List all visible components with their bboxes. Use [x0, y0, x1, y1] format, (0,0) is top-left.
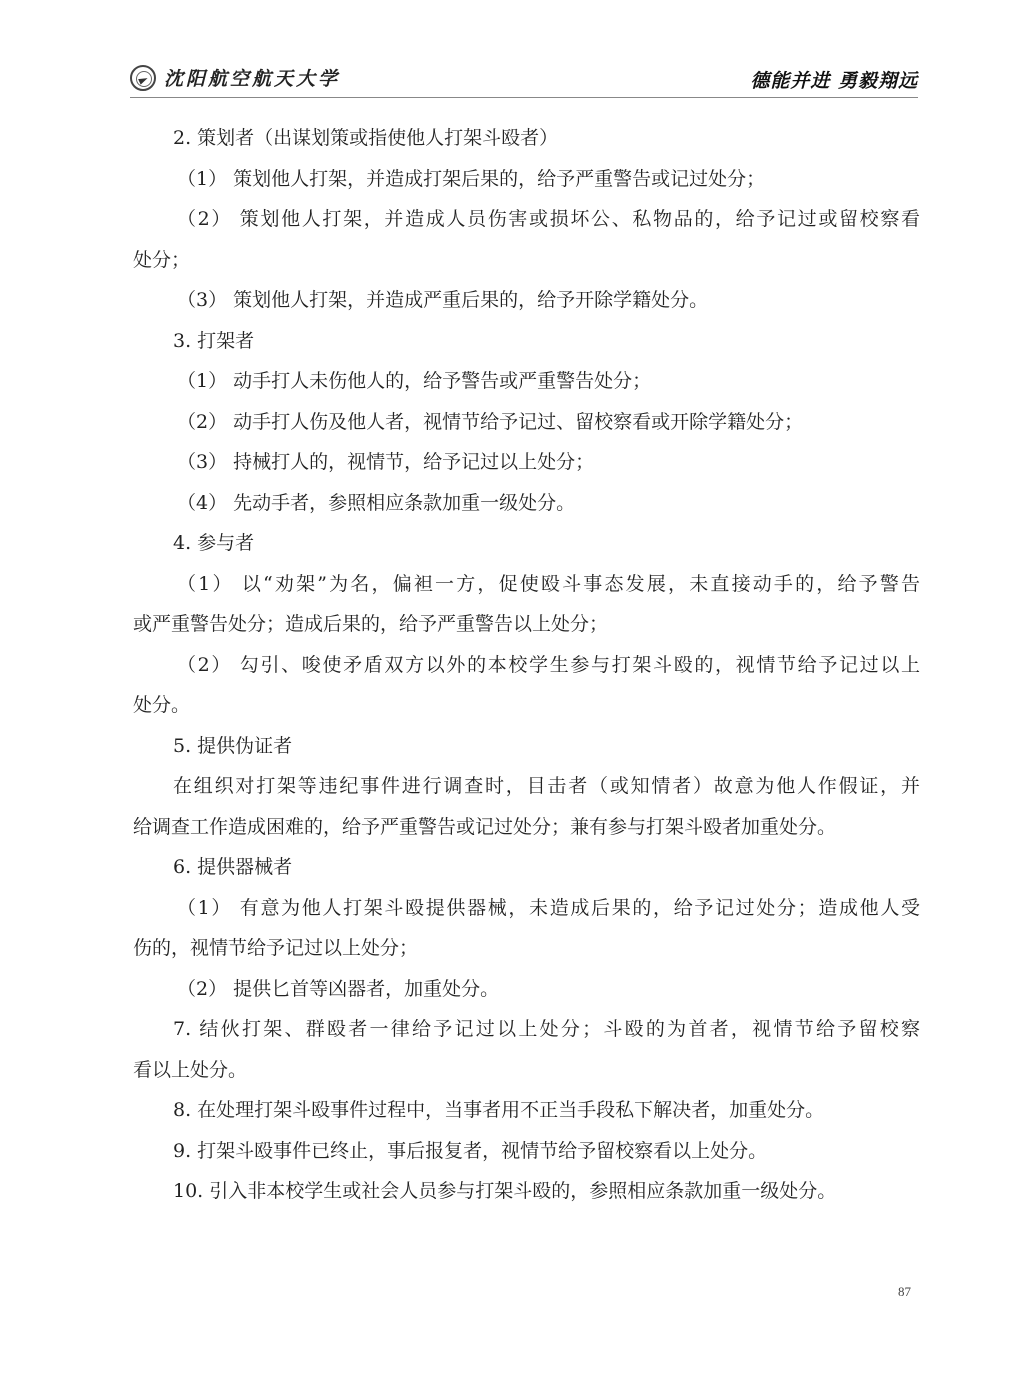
line-4: 处分； — [133, 240, 920, 281]
document-body: 2. 策划者（出谋划策或指使他人打架斗殴者） （1） 策划他人打架，并造成打架后… — [133, 118, 920, 1212]
line-21: 伤的，视情节给予记过以上处分； — [133, 928, 920, 969]
university-emblem-icon — [130, 65, 156, 91]
line-17: 在组织对打架等违纪事件进行调查时，目击者（或知情者）故意为他人作假证，并 — [133, 766, 920, 807]
line-22: （2） 提供匕首等凶器者，加重处分。 — [133, 969, 920, 1010]
line-1: 2. 策划者（出谋划策或指使他人打架斗殴者） — [133, 118, 920, 159]
line-8: （2） 动手打人伤及他人者，视情节给予记过、留校察看或开除学籍处分； — [133, 402, 920, 443]
page-number: 87 — [898, 1284, 911, 1300]
line-14: （2） 勾引、唆使矛盾双方以外的本校学生参与打架斗殴的，视情节给予记过以上 — [133, 645, 920, 686]
header-divider — [130, 97, 918, 98]
line-18: 给调查工作造成困难的，给予严重警告或记过处分；兼有参与打架斗殴者加重处分。 — [133, 807, 920, 848]
line-23: 7. 结伙打架、群殴者一律给予记过以上处分；斗殴的为首者，视情节给予留校察 — [133, 1009, 920, 1050]
line-15: 处分。 — [133, 685, 920, 726]
line-12: （1） 以“劝架”为名，偏袒一方，促使殴斗事态发展，未直接动手的，给予警告 — [133, 564, 920, 605]
line-25: 8. 在处理打架斗殴事件过程中，当事者用不正当手段私下解决者，加重处分。 — [133, 1090, 920, 1131]
line-24: 看以上处分。 — [133, 1050, 920, 1091]
university-name: 沈阳航空航天大学 — [164, 64, 340, 91]
university-logo: 沈阳航空航天大学 — [130, 64, 340, 91]
page-header: 沈阳航空航天大学 德能并进 勇毅翔远 — [130, 62, 918, 96]
line-11: 4. 参与者 — [133, 523, 920, 564]
university-motto: 德能并进 勇毅翔远 — [750, 66, 918, 93]
line-27: 10. 引入非本校学生或社会人员参与打架斗殴的，参照相应条款加重一级处分。 — [133, 1171, 920, 1212]
line-26: 9. 打架斗殴事件已终止，事后报复者，视情节给予留校察看以上处分。 — [133, 1131, 920, 1172]
line-3: （2） 策划他人打架，并造成人员伤害或损坏公、私物品的，给予记过或留校察看 — [133, 199, 920, 240]
line-9: （3） 持械打人的，视情节，给予记过以上处分； — [133, 442, 920, 483]
line-5: （3） 策划他人打架，并造成严重后果的，给予开除学籍处分。 — [133, 280, 920, 321]
line-6: 3. 打架者 — [133, 321, 920, 362]
line-13: 或严重警告处分；造成后果的，给予严重警告以上处分； — [133, 604, 920, 645]
line-16: 5. 提供伪证者 — [133, 726, 920, 767]
line-19: 6. 提供器械者 — [133, 847, 920, 888]
line-20: （1） 有意为他人打架斗殴提供器械，未造成后果的，给予记过处分；造成他人受 — [133, 888, 920, 929]
line-10: （4） 先动手者，参照相应条款加重一级处分。 — [133, 483, 920, 524]
line-2: （1） 策划他人打架，并造成打架后果的，给予严重警告或记过处分； — [133, 159, 920, 200]
line-7: （1） 动手打人未伤他人的，给予警告或严重警告处分； — [133, 361, 920, 402]
